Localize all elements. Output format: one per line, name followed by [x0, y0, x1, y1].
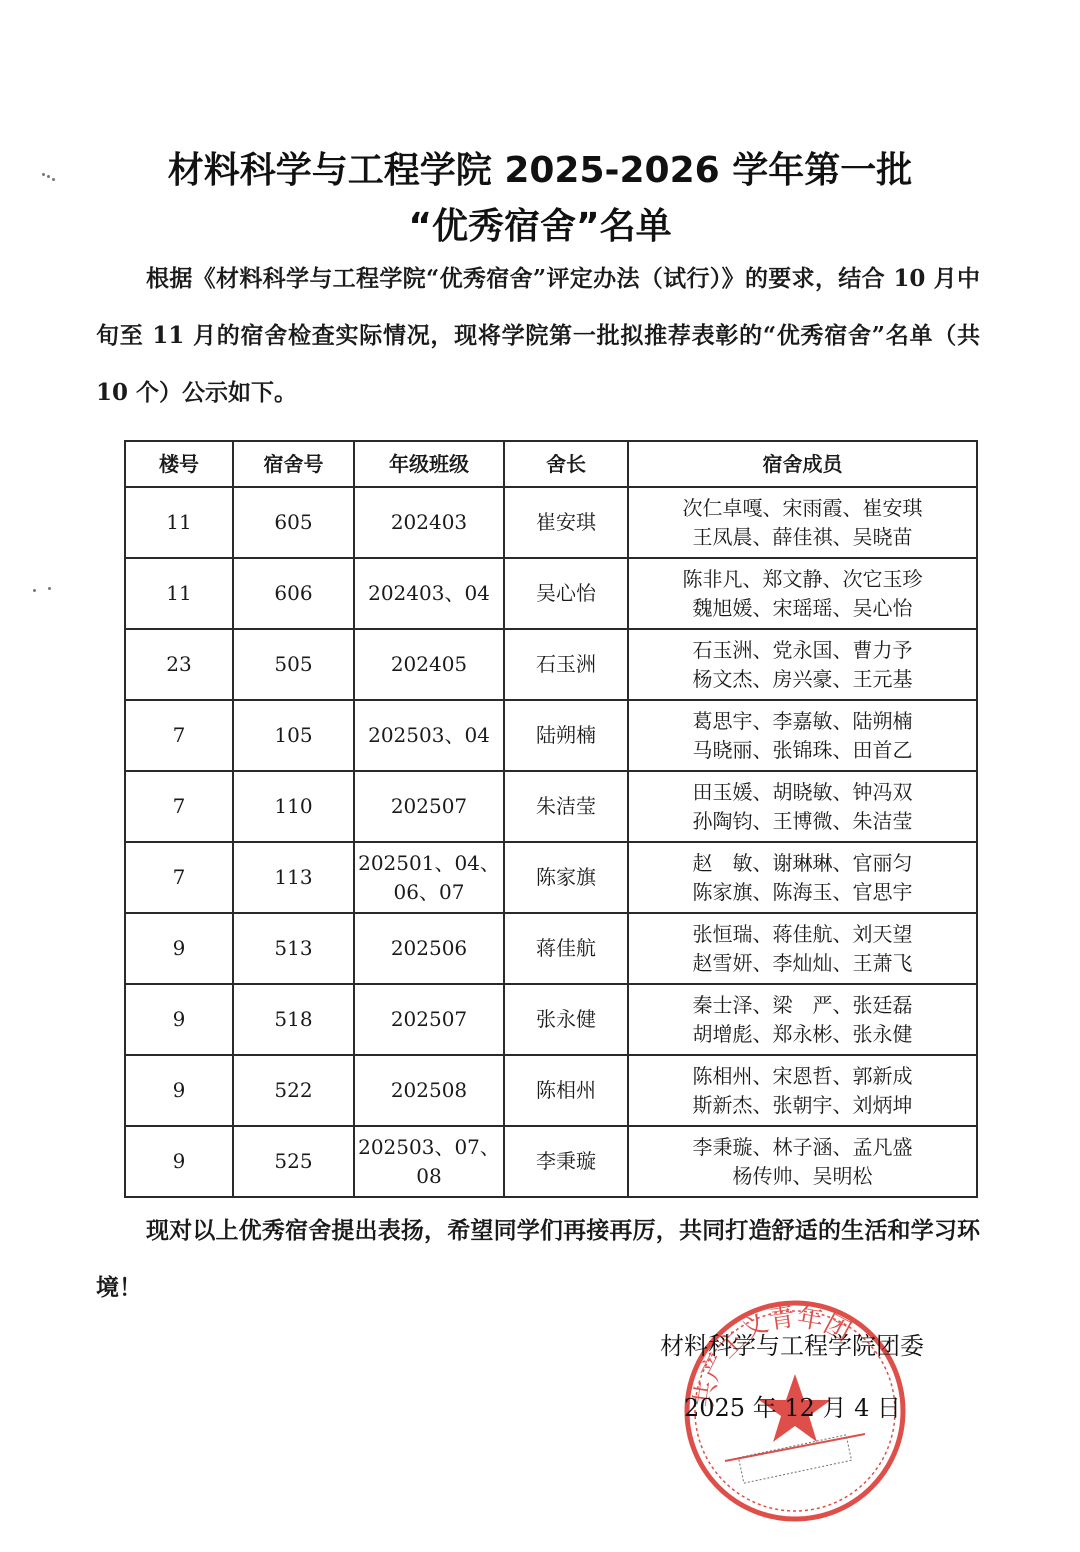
leader-cell: 石玉洲	[504, 629, 628, 700]
building-cell: 7	[125, 842, 233, 913]
class-cell: 202503、07、08	[354, 1126, 504, 1197]
class-cell: 202405	[354, 629, 504, 700]
members-cell: 田玉媛、胡晓敏、钟冯双孙陶钧、王博微、朱洁莹	[628, 771, 977, 842]
intro-paragraph: 根据《材料科学与工程学院“优秀宿舍”评定办法（试行）》的要求，结合 10 月中旬…	[96, 250, 980, 421]
building-cell: 9	[125, 1126, 233, 1197]
members-line: 石玉洲、党永国、曹力予	[629, 636, 976, 665]
room-cell: 525	[233, 1126, 354, 1197]
members-line: 杨文杰、房兴豪、王元基	[629, 665, 976, 694]
dormitory-table: 楼号 宿舍号 年级班级 舍长 宿舍成员 11605202403崔安琪次仁卓嘎、宋…	[124, 440, 978, 1198]
table-row: 9525202503、07、08李秉璇李秉璇、林子涵、孟凡盛杨传帅、吴明松	[125, 1126, 977, 1197]
table-row: 11606202403、04吴心怡陈非凡、郑文静、次它玉珍魏旭媛、宋瑶瑶、吴心怡	[125, 558, 977, 629]
table-row: 7105202503、04陆朔楠葛思宇、李嘉敏、陆朔楠马晓丽、张锦珠、田首乙	[125, 700, 977, 771]
members-line: 次仁卓嘎、宋雨霞、崔安琪	[629, 494, 976, 523]
scan-speck	[33, 589, 36, 592]
room-cell: 518	[233, 984, 354, 1055]
room-cell: 113	[233, 842, 354, 913]
members-line: 胡增彪、郑永彬、张永健	[629, 1020, 976, 1049]
members-line: 张恒瑞、蒋佳航、刘天望	[629, 920, 976, 949]
members-cell: 李秉璇、林子涵、孟凡盛杨传帅、吴明松	[628, 1126, 977, 1197]
members-cell: 赵 敏、谢琳琳、官丽匀陈家旗、陈海玉、官思宇	[628, 842, 977, 913]
members-cell: 张恒瑞、蒋佳航、刘天望赵雪妍、李灿灿、王萧飞	[628, 913, 977, 984]
table-header-row: 楼号 宿舍号 年级班级 舍长 宿舍成员	[125, 441, 977, 487]
members-line: 赵 敏、谢琳琳、官丽匀	[629, 849, 976, 878]
leader-cell: 朱洁莹	[504, 771, 628, 842]
leader-cell: 张永健	[504, 984, 628, 1055]
leader-cell: 陈家旗	[504, 842, 628, 913]
table-row: 9513202506蒋佳航张恒瑞、蒋佳航、刘天望赵雪妍、李灿灿、王萧飞	[125, 913, 977, 984]
scan-speck	[48, 587, 51, 590]
class-cell: 202506	[354, 913, 504, 984]
table-row: 23505202405石玉洲石玉洲、党永国、曹力予杨文杰、房兴豪、王元基	[125, 629, 977, 700]
class-cell: 202507	[354, 984, 504, 1055]
class-cell: 202403、04	[354, 558, 504, 629]
table-row: 9522202508陈相州陈相州、宋恩哲、郭新成斯新杰、张朝宇、刘炳坤	[125, 1055, 977, 1126]
members-line: 赵雪妍、李灿灿、王萧飞	[629, 949, 976, 978]
members-line: 魏旭媛、宋瑶瑶、吴心怡	[629, 594, 976, 623]
class-cell: 202507	[354, 771, 504, 842]
building-cell: 9	[125, 1055, 233, 1126]
room-cell: 605	[233, 487, 354, 558]
signature-date: 2025 年 12 月 4 日	[684, 1388, 901, 1423]
members-line: 葛思宇、李嘉敏、陆朔楠	[629, 707, 976, 736]
building-cell: 11	[125, 558, 233, 629]
header-building: 楼号	[125, 441, 233, 487]
room-cell: 513	[233, 913, 354, 984]
room-cell: 505	[233, 629, 354, 700]
class-cell: 202508	[354, 1055, 504, 1126]
members-line: 李秉璇、林子涵、孟凡盛	[629, 1133, 976, 1162]
building-cell: 9	[125, 984, 233, 1055]
members-line: 杨传帅、吴明松	[629, 1162, 976, 1191]
members-cell: 石玉洲、党永国、曹力予杨文杰、房兴豪、王元基	[628, 629, 977, 700]
signature-organization: 材料科学与工程学院团委	[660, 1326, 924, 1361]
document-subtitle: “优秀宿舍”名单	[0, 198, 1080, 249]
table-row: 9518202507张永健秦士泽、梁 严、张廷磊胡增彪、郑永彬、张永健	[125, 984, 977, 1055]
building-cell: 9	[125, 913, 233, 984]
table-row: 7110202507朱洁莹田玉媛、胡晓敏、钟冯双孙陶钧、王博微、朱洁莹	[125, 771, 977, 842]
room-cell: 522	[233, 1055, 354, 1126]
members-line: 马晓丽、张锦珠、田首乙	[629, 736, 976, 765]
leader-cell: 陆朔楠	[504, 700, 628, 771]
leader-cell: 陈相州	[504, 1055, 628, 1126]
members-cell: 次仁卓嘎、宋雨霞、崔安琪王凤晨、薛佳祺、吴晓苗	[628, 487, 977, 558]
members-line: 秦士泽、梁 严、张廷磊	[629, 991, 976, 1020]
table-row: 7113202501、04、06、07陈家旗赵 敏、谢琳琳、官丽匀陈家旗、陈海玉…	[125, 842, 977, 913]
members-cell: 葛思宇、李嘉敏、陆朔楠马晓丽、张锦珠、田首乙	[628, 700, 977, 771]
room-cell: 606	[233, 558, 354, 629]
members-line: 斯新杰、张朝宇、刘炳坤	[629, 1091, 976, 1120]
class-cell: 202501、04、06、07	[354, 842, 504, 913]
room-cell: 105	[233, 700, 354, 771]
members-line: 田玉媛、胡晓敏、钟冯双	[629, 778, 976, 807]
members-line: 陈非凡、郑文静、次它玉珍	[629, 565, 976, 594]
table-row: 11605202403崔安琪次仁卓嘎、宋雨霞、崔安琪王凤晨、薛佳祺、吴晓苗	[125, 487, 977, 558]
room-cell: 110	[233, 771, 354, 842]
members-cell: 陈非凡、郑文静、次它玉珍魏旭媛、宋瑶瑶、吴心怡	[628, 558, 977, 629]
leader-cell: 李秉璇	[504, 1126, 628, 1197]
class-cell: 202503、04	[354, 700, 504, 771]
building-cell: 23	[125, 629, 233, 700]
members-line: 孙陶钧、王博微、朱洁莹	[629, 807, 976, 836]
building-cell: 7	[125, 771, 233, 842]
members-cell: 秦士泽、梁 严、张廷磊胡增彪、郑永彬、张永健	[628, 984, 977, 1055]
members-cell: 陈相州、宋恩哲、郭新成斯新杰、张朝宇、刘炳坤	[628, 1055, 977, 1126]
leader-cell: 吴心怡	[504, 558, 628, 629]
members-line: 陈家旗、陈海玉、官思宇	[629, 878, 976, 907]
class-cell: 202403	[354, 487, 504, 558]
header-class: 年级班级	[354, 441, 504, 487]
header-room: 宿舍号	[233, 441, 354, 487]
document-title: 材料科学与工程学院 2025-2026 学年第一批	[0, 142, 1080, 193]
header-leader: 舍长	[504, 441, 628, 487]
building-cell: 11	[125, 487, 233, 558]
members-line: 陈相州、宋恩哲、郭新成	[629, 1062, 976, 1091]
header-members: 宿舍成员	[628, 441, 977, 487]
building-cell: 7	[125, 700, 233, 771]
leader-cell: 崔安琪	[504, 487, 628, 558]
members-line: 王凤晨、薛佳祺、吴晓苗	[629, 523, 976, 552]
leader-cell: 蒋佳航	[504, 913, 628, 984]
